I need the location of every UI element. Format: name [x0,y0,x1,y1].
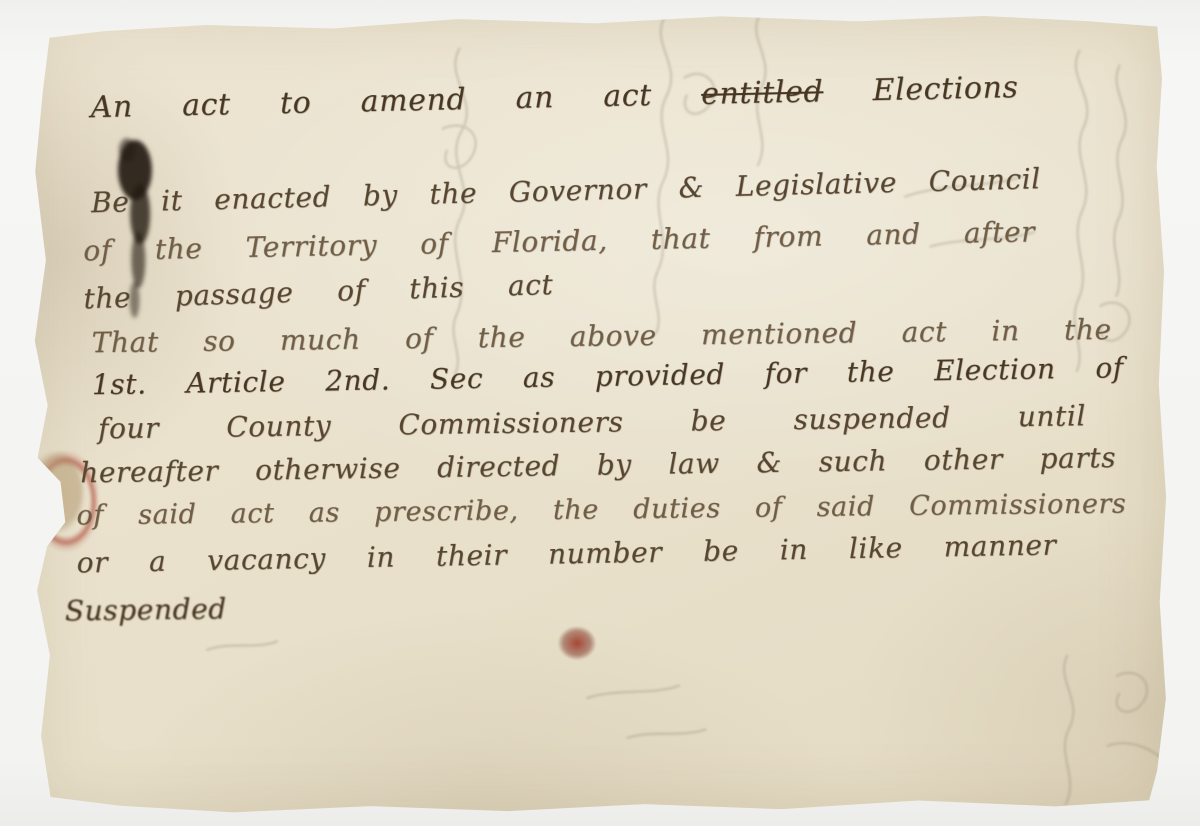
title-word-struck: entitled [701,74,824,112]
title-line: An act to amend an act entitled Election… [90,70,1019,125]
body-line: or a vacancy in their number be in like … [76,528,1056,579]
body-line: hereafter otherwise directed by law & su… [80,441,1116,489]
manuscript-paper: An act to amend an act entitled Election… [24,6,1170,817]
body-line: the passage of this act [83,268,554,315]
title-text-post: Elections [872,70,1019,108]
body-line: four County Commissioners be suspended u… [98,399,1086,445]
red-ink-stain [551,620,603,666]
body-line: of the Territory of Florida, that from a… [83,215,1035,267]
body-line: That so much of the above mentioned act … [91,313,1111,359]
body-line: 1st. Article 2nd. Sec as provided for th… [92,351,1124,401]
body-line: Be it enacted by the Governor & Legislat… [91,162,1042,219]
title-text-pre: An act to amend an act [90,78,652,125]
body-line: of said act as prescribe, the duties of … [76,488,1126,531]
body-line: Suspended [65,591,315,627]
scanned-document-scene: An act to amend an act entitled Election… [0,0,1200,826]
